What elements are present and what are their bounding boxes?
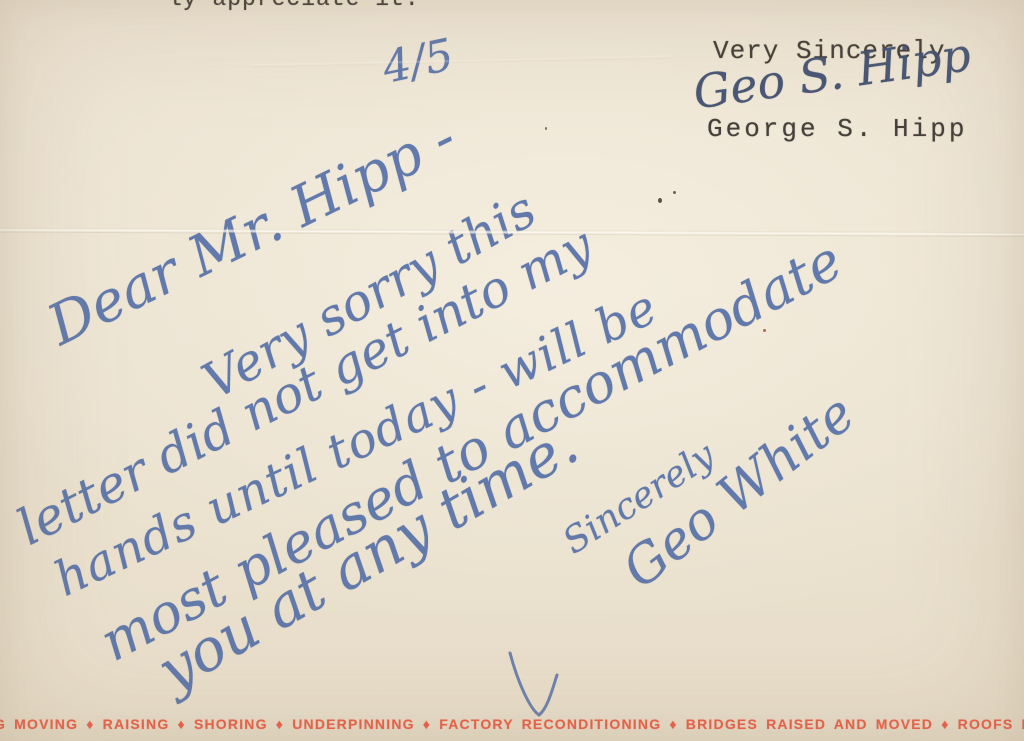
paper-speck xyxy=(763,329,766,332)
typed-header-fragment: ly appreciate it. xyxy=(168,0,420,12)
scanned-letter-page: ly appreciate it. 4/5 Very Sincerely Geo… xyxy=(0,0,1024,741)
paper-speck xyxy=(673,191,676,194)
typed-sender-name: George S. Hipp xyxy=(707,114,967,144)
letterhead-services-strip: G MOVING ♦ RAISING ♦ SHORING ♦ UNDERPINN… xyxy=(0,716,1024,732)
paper-speck xyxy=(658,198,662,203)
paper-fold-crease-faint xyxy=(250,56,670,68)
paper-speck xyxy=(545,127,547,130)
